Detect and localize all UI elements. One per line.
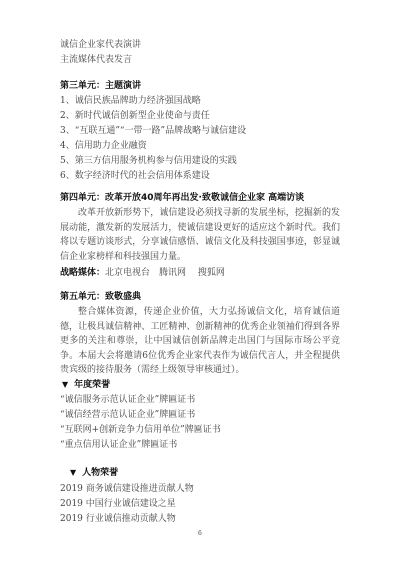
list-item: 3、“互联互通”“一带一路”品牌战略与诚信建设 — [60, 126, 246, 137]
triangle-down-icon: ▼ — [62, 379, 68, 390]
list-item: 6、数字经济时代的社会信用体系建设 — [60, 171, 210, 182]
triangle-down-icon: ▼ — [70, 467, 76, 478]
page-number: 6 — [198, 530, 202, 537]
media-line: 战略媒体：北京电视台 腾讯网 搜狐网 — [60, 268, 225, 279]
list-item: 1、诚信民族品牌助力经济强国战略 — [60, 96, 201, 107]
list-item: 2019 中国行业诚信建设之星 — [60, 499, 176, 510]
annual-honors-heading: ▼年度荣誉 — [62, 379, 110, 391]
list-item: 5、第三方信用服务机构参与信用建设的实践 — [60, 156, 237, 167]
list-item: 2、新时代诚信创新型企业使命与责任 — [60, 111, 210, 122]
intro-line: 主流媒体代表发言 — [60, 55, 132, 66]
unit4-paragraph: 改革开放新形势下，诚信建设必须找寻新的发展坐标，挖掘新的发展动能，激发新的发展活… — [60, 206, 340, 264]
intro-line: 诚信企业家代表演讲 — [60, 40, 141, 51]
unit3-heading: 第三单元：主题演讲 — [60, 81, 141, 92]
unit5-paragraph: 整合媒体资源，传递企业价值，大力弘扬诚信文化，培育诚信道德，让极具诚信精神、工匠… — [60, 305, 340, 378]
list-item: “诚信服务示范认证企业”牌匾证书 — [60, 395, 195, 406]
list-item: “互联网+创新竞争力信用单位”牌匾证书 — [60, 425, 221, 436]
list-item: 2019 行业诚信推动贡献人物 — [60, 514, 176, 525]
annual-honors-title: 年度荣誉 — [74, 380, 110, 390]
media-label: 战略媒体： — [60, 268, 105, 278]
list-item: “诚信经营示范认证企业”牌匾证书 — [60, 410, 195, 421]
person-honors-heading: ▼人物荣誉 — [70, 467, 118, 479]
list-item: “重点信用认证企业”牌匾证书 — [60, 440, 177, 451]
unit4-heading: 第四单元：改革开放40周年再出发·致敬诚信企业家 高端访谈 — [60, 193, 304, 204]
unit5-heading: 第五单元：致敬盛典 — [60, 292, 141, 303]
list-item: 4、信用助力企业融资 — [60, 141, 147, 152]
list-item: 2019 商务诚信建设推进贡献人物 — [60, 484, 194, 495]
media-list: 北京电视台 腾讯网 搜狐网 — [105, 268, 225, 278]
person-honors-title: 人物荣誉 — [82, 468, 118, 478]
